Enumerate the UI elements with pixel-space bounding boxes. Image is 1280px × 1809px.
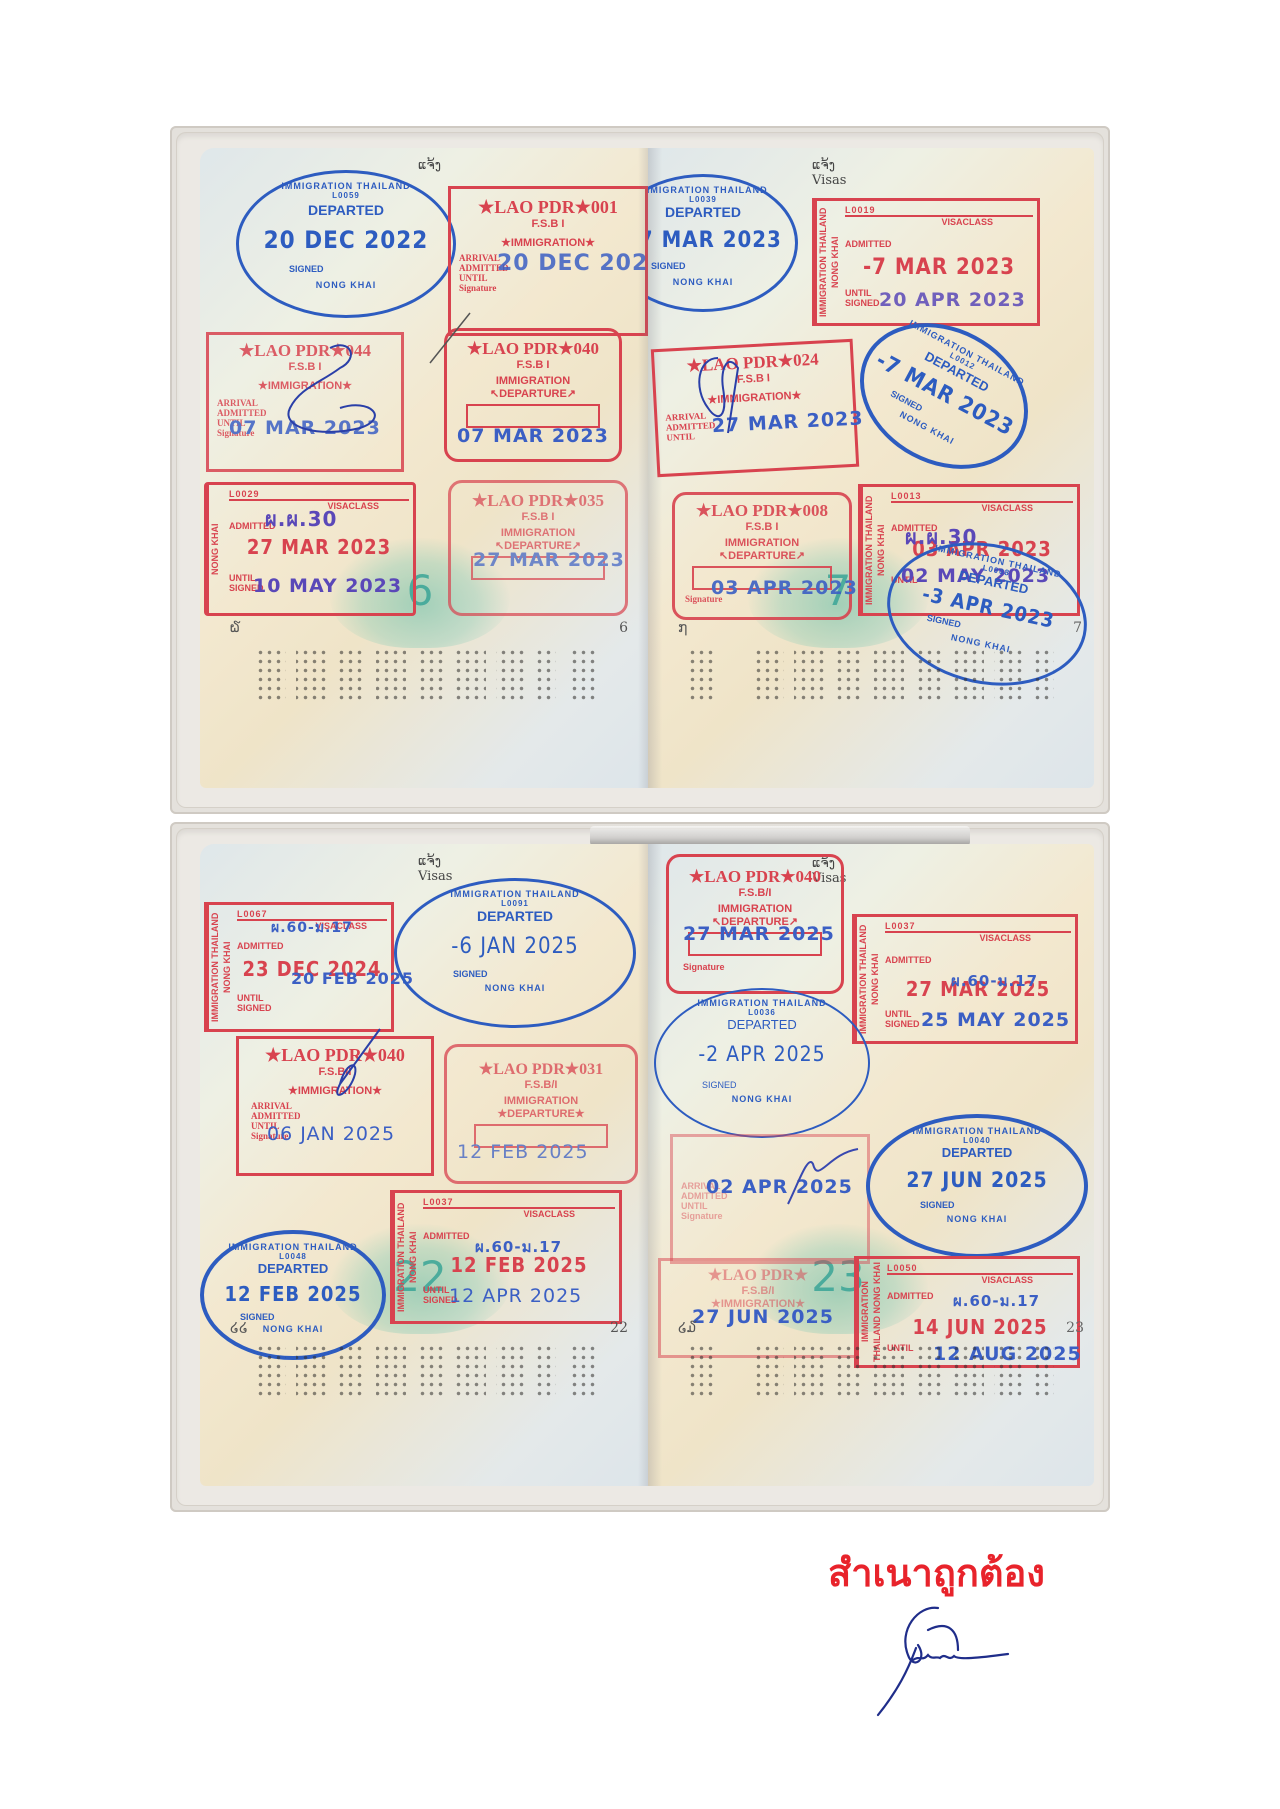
stamp-visaclass: VISACLASS: [887, 1275, 1033, 1285]
stamp-field-signature: Signature: [459, 283, 645, 293]
passport-page-6: ແຈ້ງ 6 IMMIGRATION THAILAND L0059 DEPART…: [200, 148, 648, 788]
certified-copy-text: สำเนาถูกต้อง: [828, 1542, 1045, 1603]
stamp-line: ★IMMIGRATION★: [451, 236, 645, 249]
page-number: 6: [619, 620, 628, 636]
stamp-date: -6 JAN 2025: [397, 934, 633, 959]
stamp-ring-top: IMMIGRATION THAILAND: [204, 1242, 382, 1252]
stamp-lao-departure: ★LAO PDR★008 F.S.B I IMMIGRATION ↖DEPART…: [672, 492, 852, 620]
stamp-admitted-label: ADMITTED: [845, 239, 1033, 249]
stamp-ring-bottom: NONG KHAI: [239, 280, 453, 290]
stamp-thai-arrival: IMMIGRATION THAILAND NONG KHAI L0037 VIS…: [852, 914, 1078, 1044]
stamp-line: IMMIGRATION: [675, 537, 849, 549]
stamp-thai-arrival: IMMIGRATION THAILAND NONG KHAI L0067 VIS…: [204, 902, 394, 1032]
stamp-title: ★LAO PDR★: [661, 1265, 855, 1285]
stamp-code: L0048: [204, 1252, 382, 1261]
stamp-admitted-label: ADMITTED: [237, 941, 387, 951]
stamp-visaclass: VISACLASS: [885, 933, 1031, 943]
stamp-code: L0013: [891, 491, 1073, 503]
stamp-date: 12 FEB 2025: [204, 1282, 382, 1306]
stamp-date: 27 MAR 2023: [648, 228, 795, 253]
stamp-ring-bottom: NONG KHAI: [648, 277, 795, 287]
stamp-thai-departure: IMMIGRATION THAILAND L0039 DEPARTED 27 M…: [648, 174, 798, 312]
page-number: 22: [610, 1320, 628, 1336]
stamp-subtitle: F.S.B I: [451, 511, 625, 523]
stamp-title: ★LAO PDR★035: [451, 491, 625, 511]
stamp-label: DEPARTED: [397, 908, 633, 924]
stamp-ring-bottom: NONG KHAI: [870, 1214, 1084, 1224]
stamp-title: ★LAO PDR★031: [447, 1059, 635, 1079]
stamp-code: L0037: [423, 1197, 615, 1209]
stamp-date-overprint: 27 MAR 2025: [683, 923, 835, 945]
passport-page-7: ແຈ້ງ Visas 7 IMMIGRATION THAILAND L0039 …: [648, 148, 1094, 788]
passport-number-perforation: [688, 648, 716, 702]
header-lao: ແຈ້ງ: [418, 158, 441, 173]
stamp-ring-top: IMMIGRATION THAILAND: [870, 1126, 1084, 1136]
stamp-label: DEPARTED: [239, 202, 453, 218]
stamp-date: 27 MAR 2023: [229, 535, 409, 559]
stamp-side-text: IMMIGRATION THAILAND NONG KHAI: [207, 905, 235, 1029]
passport-number-perforation: [256, 1344, 556, 1398]
stamp-until-date: 20 APR 2023: [879, 289, 1026, 311]
passport-number-perforation: [754, 648, 1054, 702]
stamp-ring-top: IMMIGRATION THAILAND: [656, 998, 868, 1008]
stamp-ring-top: IMMIGRATION THAILAND: [397, 889, 633, 899]
stamp-code: L0029: [229, 489, 409, 501]
handwritten-signature-icon: [260, 338, 400, 448]
stamp-visa-note: ผ.60-ม.17: [951, 969, 1038, 993]
stamp-until-label: UNTIL: [237, 993, 387, 1003]
stamp-thai-departure: IMMIGRATION THAILAND L0036 DEPARTED -2 A…: [654, 988, 870, 1138]
stamp-until-date: 10 MAY 2023: [253, 575, 402, 597]
page-number: 23: [1066, 1320, 1084, 1336]
certification-signature-icon: [858, 1600, 1018, 1720]
stamp-code: L0019: [845, 205, 1033, 217]
stamp-thai-departure: IMMIGRATION THAILAND L0059 DEPARTED 20 D…: [236, 170, 456, 318]
passport-number-perforation: [570, 1344, 598, 1398]
stamp-thai-arrival: NONG KHAI L0029 VISACLASS ADMITTED 27 MA…: [204, 482, 416, 616]
stamp-field-signature: Signature: [683, 962, 841, 972]
stamp-until-date: 20 FEB 2025: [291, 969, 414, 988]
stamp-subtitle: F.S.B/I: [669, 887, 841, 899]
stamp-date-overprint: 07 MAR 2023: [457, 425, 609, 447]
stamp-date-overprint: 27 JUN 2025: [692, 1306, 834, 1328]
stamp-date-overprint: 20 DEC 2022: [497, 251, 648, 276]
stamp-label: DEPARTED: [204, 1261, 382, 1276]
stamp-ring-top: IMMIGRATION THAILAND: [239, 181, 453, 191]
stamp-thai-departure: IMMIGRATION THAILAND L0040 DEPARTED 27 J…: [866, 1114, 1088, 1258]
passport-scan-pages-22-23: ແຈ້ງ Visas 22 IMMIGRATION THAILAND NONG …: [170, 822, 1110, 1512]
stamp-signed: SIGNED: [240, 1312, 382, 1322]
passport-page-23: ແຈ້ງ Visas 23 ★LAO PDR★040 F.S.B/I IMMIG…: [648, 844, 1094, 1486]
passport-number-perforation: [570, 648, 598, 702]
handwritten-signature-icon: [300, 1024, 390, 1124]
stamp-thai-arrival: IMMIGRATION THAILAND NONG KHAI L0037 VIS…: [390, 1190, 622, 1324]
stamp-ring-bottom: NONG KHAI: [397, 983, 633, 993]
passport-scan-pages-6-7: ແຈ້ງ 6 IMMIGRATION THAILAND L0059 DEPART…: [170, 126, 1110, 814]
stamp-until-date: 25 MAY 2025: [921, 1009, 1070, 1031]
stamp-thai-departure: IMMIGRATION THAILAND L0048 DEPARTED 12 F…: [200, 1230, 386, 1360]
stamp-visa-note: ผ.60-ม.17: [475, 1235, 562, 1259]
page-number-lao: ໖: [230, 620, 240, 636]
stamp-line: IMMIGRATION: [447, 375, 619, 387]
stamp-subtitle: F.S.B I: [675, 521, 849, 533]
stamp-ring-bottom: NONG KHAI: [656, 1094, 868, 1104]
page-header: ແຈ້ງ Visas: [418, 854, 452, 884]
handwritten-signature-icon: [688, 348, 758, 438]
page-number: 7: [1073, 620, 1082, 636]
stamp-code: L0050: [887, 1263, 1073, 1275]
stamp-line: ↖DEPARTURE↗: [447, 387, 619, 400]
stamp-signed: SIGNED: [920, 1200, 1084, 1210]
stamp-thai-arrival: IMMIGRATION THAILAND NONG KHAI L0019 VIS…: [812, 198, 1040, 326]
stamp-date-overprint: 03 APR 2023: [711, 577, 858, 599]
stamp-side-text: IMMIGRATION THAILAND NONG KHAI: [815, 201, 843, 323]
sleeve-glare: [590, 826, 970, 846]
stamp-subtitle: F.S.B/I: [447, 1079, 635, 1091]
stamp-until-date: 12 APR 2025: [449, 1285, 582, 1307]
stamp-date: 20 DEC 2022: [239, 226, 453, 254]
passport-number-perforation: [256, 648, 556, 702]
stamp-visaclass: VISACLASS: [891, 503, 1033, 513]
stamp-date: 27 JUN 2025: [870, 1168, 1084, 1192]
stamp-date: -7 MAR 2023: [845, 255, 1033, 280]
stamp-side-text: IMMIGRATION THAILAND NONG KHAI: [393, 1193, 421, 1321]
stamp-lao-departure: ★LAO PDR★031 F.S.B/I IMMIGRATION ★DEPART…: [444, 1044, 638, 1184]
stamp-signed: SIGNED: [453, 969, 633, 979]
stamp-visa-note: ผ.60-ม.17: [271, 917, 353, 939]
stamp-line: IMMIGRATION: [669, 903, 841, 915]
stamp-date-overprint: 27 MAR 2023: [473, 549, 625, 571]
pen-stroke-icon: [420, 308, 480, 368]
stamp-date: -2 APR 2025: [656, 1042, 868, 1066]
stamp-label: DEPARTED: [648, 204, 795, 220]
stamp-code: L0036: [656, 1008, 868, 1017]
stamp-subtitle: F.S.B I: [451, 218, 645, 230]
stamp-lao-departure: ★LAO PDR★035 F.S.B I IMMIGRATION ↖DEPART…: [448, 480, 628, 616]
header-lao: ແຈ້ງ: [418, 854, 452, 869]
stamp-lao-departure: ★LAO PDR★040 F.S.B/I IMMIGRATION ↖DEPART…: [666, 854, 844, 994]
stamp-subtitle: F.S.B/I: [661, 1285, 855, 1297]
stamp-visa-note: ผ.60-ม.17: [953, 1289, 1040, 1313]
header-lao: ແຈ້ງ: [812, 158, 846, 173]
stamp-line: IMMIGRATION: [447, 1095, 635, 1107]
stamp-ring-top: IMMIGRATION THAILAND: [648, 185, 795, 195]
stamp-line: IMMIGRATION: [451, 527, 625, 539]
stamp-date: 14 JUN 2025: [887, 1315, 1073, 1339]
handwritten-signature-icon: [778, 1144, 868, 1214]
stamp-code: L0091: [397, 899, 633, 908]
page-number-lao: ໒໓: [678, 1320, 696, 1336]
stamp-signed: SIGNED: [289, 264, 453, 274]
stamp-signed: SIGNED: [651, 261, 795, 271]
stamp-title: ★LAO PDR★008: [675, 501, 849, 521]
header-en: Visas: [812, 173, 846, 188]
page-number-lao: ໗: [678, 620, 687, 636]
page-header: ແຈ້ງ Visas: [812, 158, 846, 188]
stamp-signed: SIGNED: [702, 1080, 868, 1090]
stamp-code: L0039: [648, 195, 795, 204]
stamp-visaclass: VISACLASS: [423, 1209, 575, 1219]
stamp-line: ↖DEPARTURE↗: [675, 549, 849, 562]
stamp-date-overprint: 12 FEB 2025: [457, 1141, 589, 1163]
stamp-side-text: IMMIGRATION THAILAND NONG KHAI: [861, 487, 889, 613]
stamp-side-text: NONG KHAI: [207, 485, 227, 613]
stamp-signed: SIGNED: [237, 1003, 387, 1013]
header-en: Visas: [418, 869, 452, 884]
stamp-code: L0040: [870, 1136, 1084, 1145]
passport-number-perforation: [688, 1344, 716, 1398]
passport-number-perforation: [754, 1344, 1054, 1398]
stamp-visa-note: ผ.ผ.30: [265, 503, 337, 535]
stamp-label: DEPARTED: [656, 1017, 868, 1032]
page-number-lao: ໒໒: [230, 1320, 248, 1336]
stamp-label: DEPARTED: [870, 1145, 1084, 1160]
stamp-date-overprint: 06 JAN 2025: [267, 1123, 395, 1145]
stamp-visaclass: VISACLASS: [845, 217, 993, 227]
stamp-thai-departure: IMMIGRATION THAILAND L0091 DEPARTED -6 J…: [394, 878, 636, 1028]
stamp-title: ★LAO PDR★040: [669, 867, 841, 887]
passport-page-22: ແຈ້ງ Visas 22 IMMIGRATION THAILAND NONG …: [200, 844, 648, 1486]
stamp-code: L0037: [885, 921, 1071, 933]
page-header: ແຈ້ງ: [418, 158, 441, 173]
stamp-admitted-label: ADMITTED: [885, 955, 1071, 965]
stamp-code: L0059: [239, 191, 453, 200]
stamp-line: ★DEPARTURE★: [447, 1107, 635, 1120]
stamp-title: ★LAO PDR★001: [451, 197, 645, 218]
